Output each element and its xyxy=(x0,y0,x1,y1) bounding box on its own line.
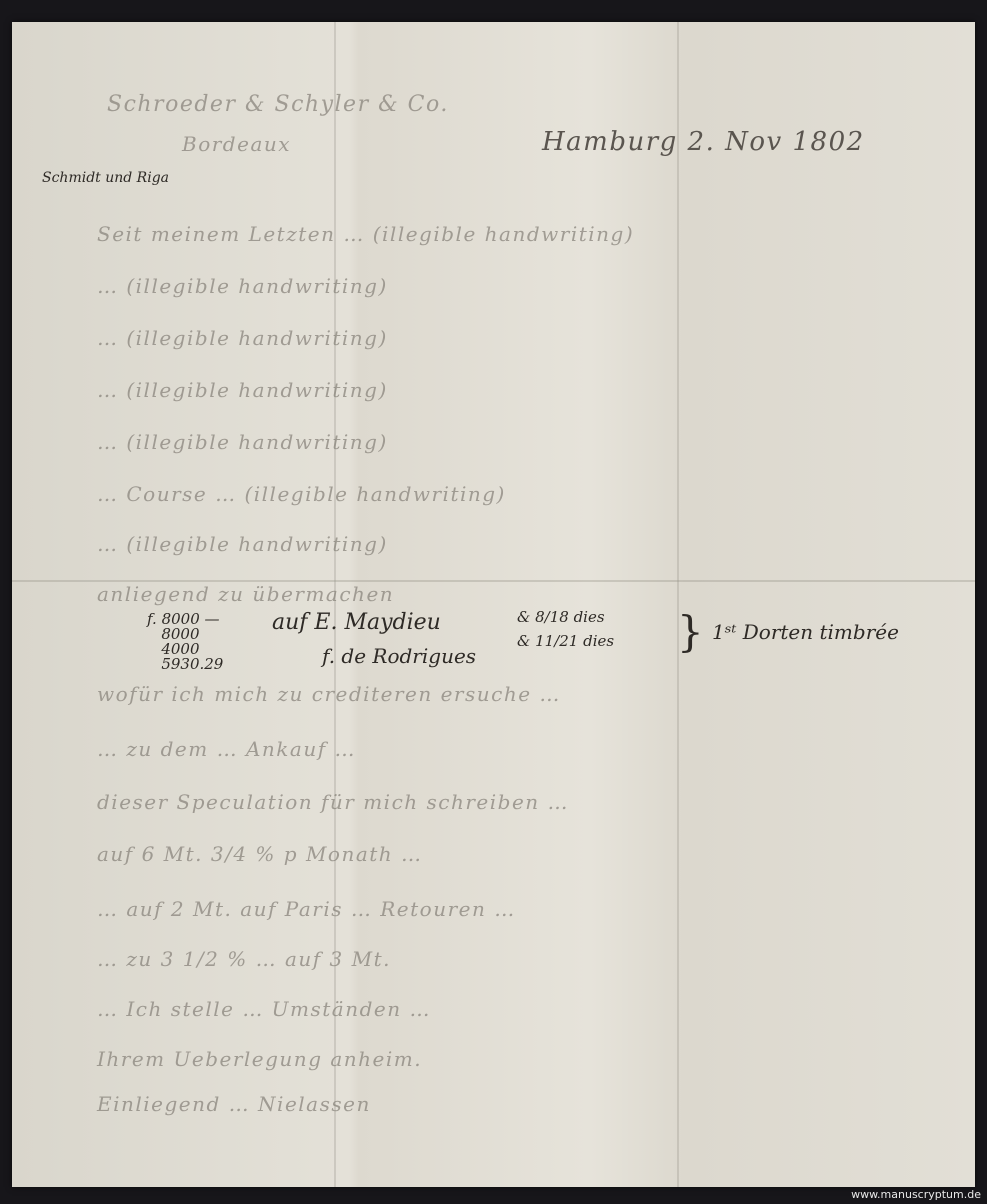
currency: f. xyxy=(147,610,157,628)
amounts-block: f. 8000 — 8000 4000 5930.29 xyxy=(147,612,223,672)
body-line: … zu 3 1/2 % … auf 3 Mt. xyxy=(97,947,391,971)
body-line: … (illegible handwriting) xyxy=(97,326,388,350)
terms-1: & 8/18 dies xyxy=(517,608,605,626)
body-line: Seit meinem Letzten … (illegible handwri… xyxy=(97,222,634,246)
body-line: anliegend zu übermachen xyxy=(97,582,394,606)
body-line: Einliegend … Nielassen xyxy=(97,1092,371,1116)
payee-1: auf E. Maydieu xyxy=(272,610,441,635)
body-line: Ihrem Ueberlegung anheim. xyxy=(97,1047,422,1071)
body-line: … (illegible handwriting) xyxy=(97,274,388,298)
body-line: wofür ich mich zu crediteren ersuche … xyxy=(97,682,561,706)
body-line: … Course … (illegible handwriting) xyxy=(97,482,506,506)
terms-2: & 11/21 dies xyxy=(517,632,614,650)
payee-2: f. de Rodrigues xyxy=(322,644,476,668)
body-line: … (illegible handwriting) xyxy=(97,378,388,402)
amount: 5930.29 xyxy=(161,655,223,673)
fold-line xyxy=(677,22,679,1187)
body-line: dieser Speculation für mich schreiben … xyxy=(97,790,569,814)
watermark: www.manuscryptum.de xyxy=(851,1188,981,1201)
letter-sheet: Schroeder & Schyler & Co. Bordeaux Schmi… xyxy=(12,22,975,1187)
body-line: auf 6 Mt. 3/4 % p Monath … xyxy=(97,842,423,866)
sender-line: Schroeder & Schyler & Co. xyxy=(107,92,449,117)
body-line: … Ich stelle … Umständen … xyxy=(97,997,431,1021)
annotation: Schmidt und Riga xyxy=(42,170,169,186)
body-line: … (illegible handwriting) xyxy=(97,430,388,454)
body-line: … zu dem … Ankauf … xyxy=(97,737,356,761)
place-date: Hamburg 2. Nov 1802 xyxy=(542,127,865,157)
body-line: … (illegible handwriting) xyxy=(97,532,388,556)
brace: } xyxy=(677,607,704,656)
remittance-note: 1ˢᵗ Dorten timbrée xyxy=(712,620,899,644)
body-line: … auf 2 Mt. auf Paris … Retouren … xyxy=(97,897,516,921)
recipient-place: Bordeaux xyxy=(182,132,291,156)
